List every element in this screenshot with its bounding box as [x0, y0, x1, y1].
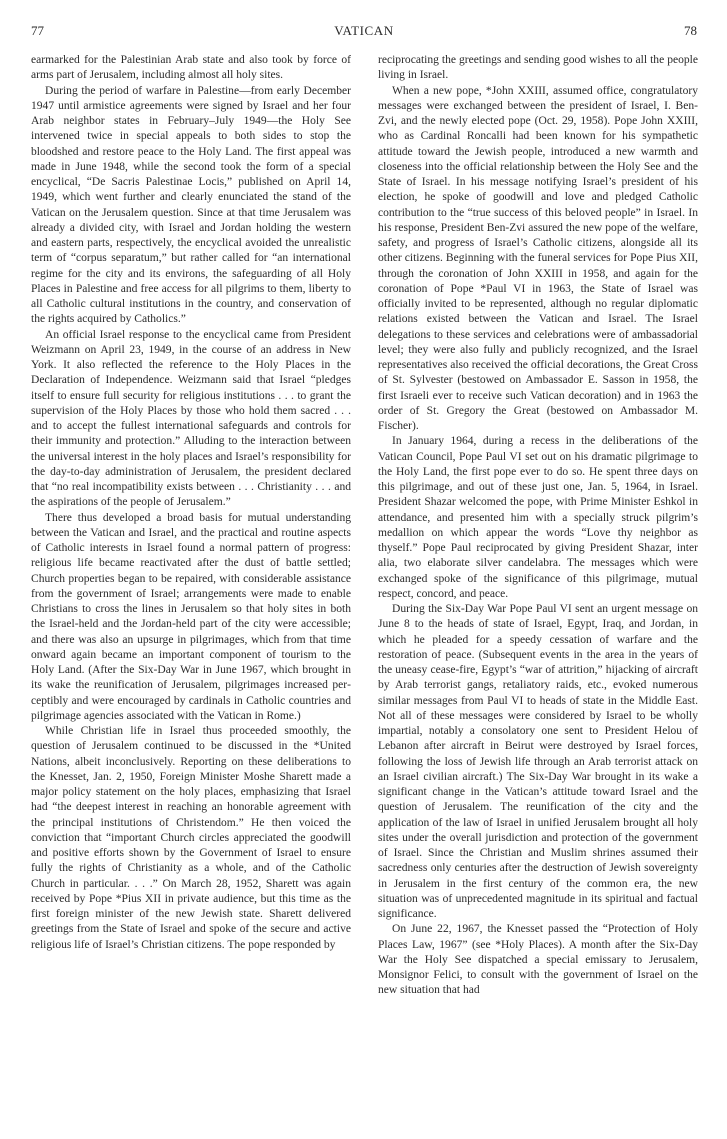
page-header: 77 VATICAN 78 — [31, 23, 697, 41]
paragraph: In January 1964, during a recess in the … — [378, 434, 698, 602]
paragraph: During the Six-Day War Pope Paul VI sent… — [378, 602, 698, 922]
paragraph: When a new pope, *John XXIII, assumed of… — [378, 84, 698, 435]
paragraph: There thus developed a broad basis for m… — [31, 511, 351, 725]
paragraph: An official Israel response to the encyc… — [31, 328, 351, 511]
paragraph: During the period of warfare in Palestin… — [31, 84, 351, 328]
paragraph: On June 22, 1967, the Knesset passed the… — [378, 922, 698, 998]
right-column: reciprocating the greetings and sending … — [378, 53, 698, 999]
paragraph: While Christian life in Israel thus proc… — [31, 724, 351, 953]
paragraph: earmarked for the Palestinian Arab state… — [31, 53, 351, 84]
running-title: VATICAN — [31, 23, 697, 39]
paragraph: reciprocating the greetings and sending … — [378, 53, 698, 84]
page-number-right: 78 — [684, 23, 697, 39]
left-column: earmarked for the Palestinian Arab state… — [31, 53, 351, 953]
